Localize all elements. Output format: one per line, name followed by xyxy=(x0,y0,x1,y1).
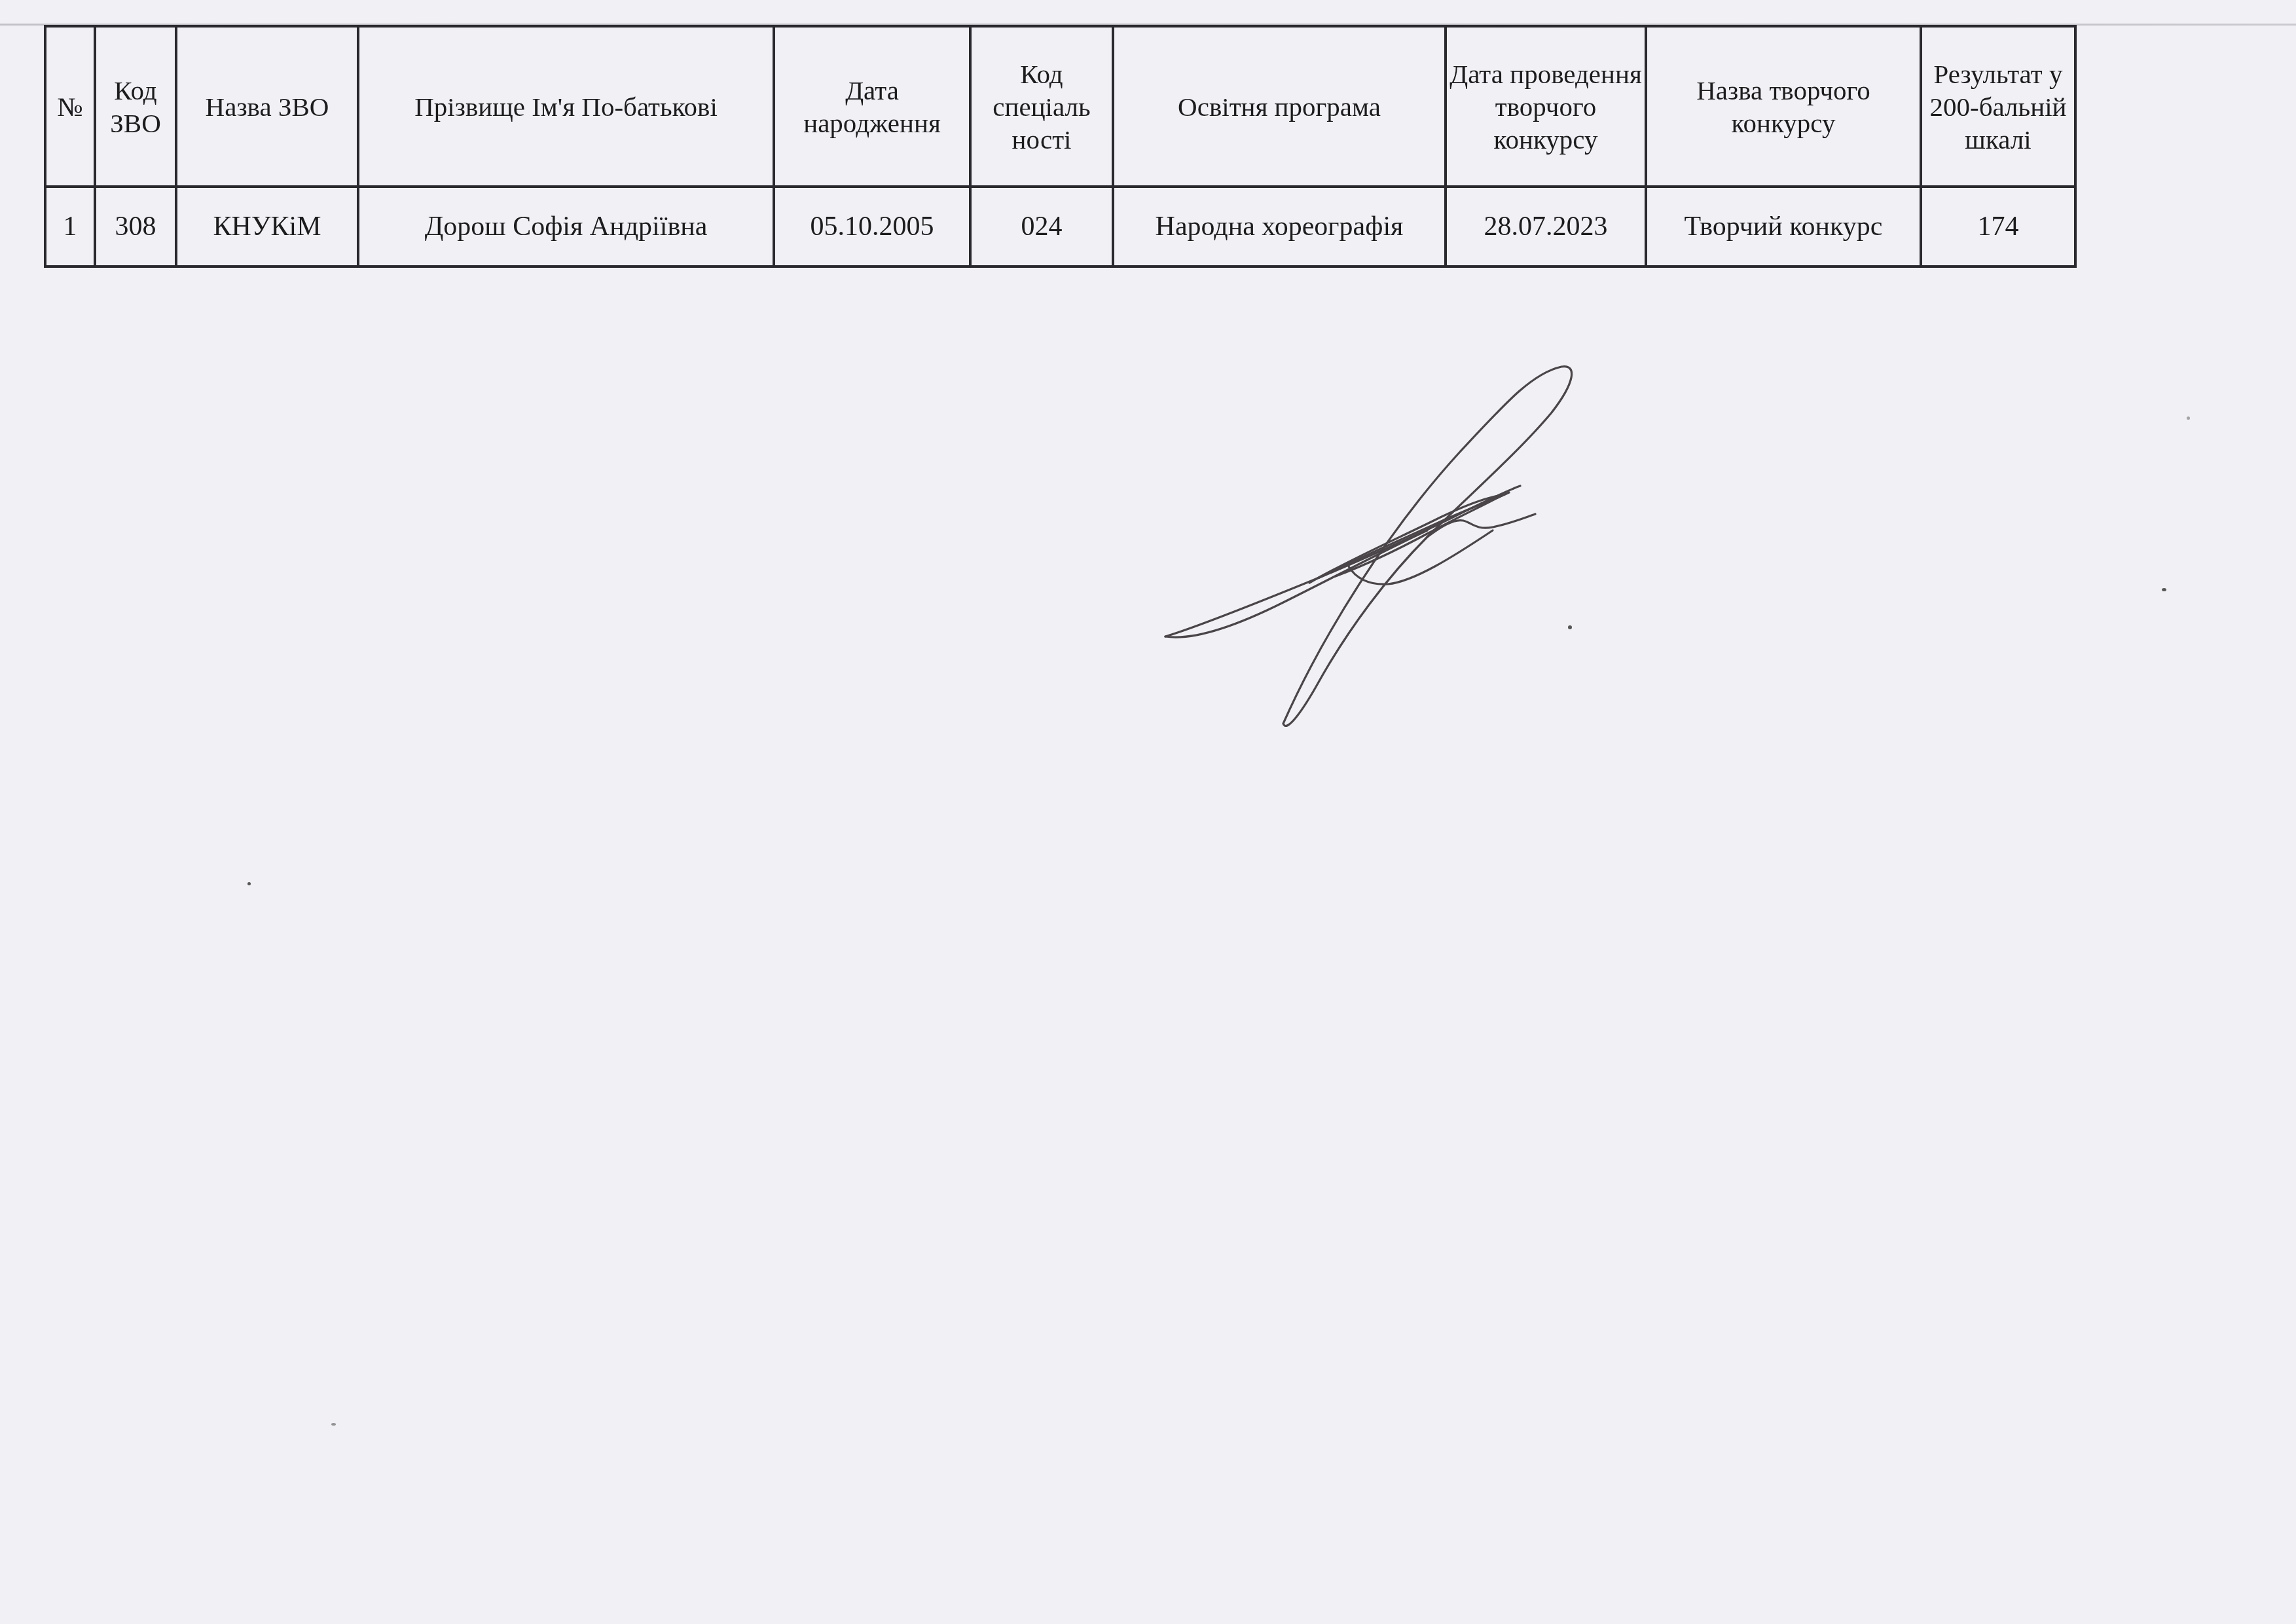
header-educational-program: Освітня програма xyxy=(1113,26,1446,187)
cell-score: 174 xyxy=(1921,187,2075,267)
cell-educational-program: Народна хореографія xyxy=(1113,187,1446,267)
cell-institution-code: 308 xyxy=(95,187,176,267)
scan-speck xyxy=(247,882,251,885)
scan-speck xyxy=(331,1423,336,1426)
cell-specialty-code: 024 xyxy=(970,187,1113,267)
scan-speck xyxy=(2162,588,2166,591)
scan-speck xyxy=(2187,416,2190,420)
header-institution-name: Назва ЗВО xyxy=(176,26,358,187)
cell-number: 1 xyxy=(45,187,95,267)
header-number: № xyxy=(45,26,95,187)
cell-contest-date: 28.07.2023 xyxy=(1446,187,1646,267)
cell-contest-name: Творчий конкурс xyxy=(1646,187,1921,267)
cell-full-name: Дорош Софія Андріївна xyxy=(358,187,774,267)
table-row: 1 308 КНУКіМ Дорош Софія Андріївна 05.10… xyxy=(45,187,2075,267)
header-contest-date: Дата проведення творчого конкурсу xyxy=(1446,26,1646,187)
header-contest-name: Назва творчого конкурсу xyxy=(1646,26,1921,187)
header-birth-date: Дата народження xyxy=(774,26,970,187)
cell-birth-date: 05.10.2005 xyxy=(774,187,970,267)
table-header-row: № Код ЗВО Назва ЗВО Прізвище Ім'я По-бат… xyxy=(45,26,2075,187)
header-full-name: Прізвище Ім'я По-батькові xyxy=(358,26,774,187)
handwritten-signature xyxy=(1152,341,1846,747)
header-specialty-code: Код спеціаль ності xyxy=(970,26,1113,187)
header-institution-code: Код ЗВО xyxy=(95,26,176,187)
cell-institution-name: КНУКіМ xyxy=(176,187,358,267)
header-score: Результат у 200-бальній шкалі xyxy=(1921,26,2075,187)
contest-results-table: № Код ЗВО Назва ЗВО Прізвище Ім'я По-бат… xyxy=(44,25,2077,268)
scan-speck xyxy=(1568,625,1572,629)
